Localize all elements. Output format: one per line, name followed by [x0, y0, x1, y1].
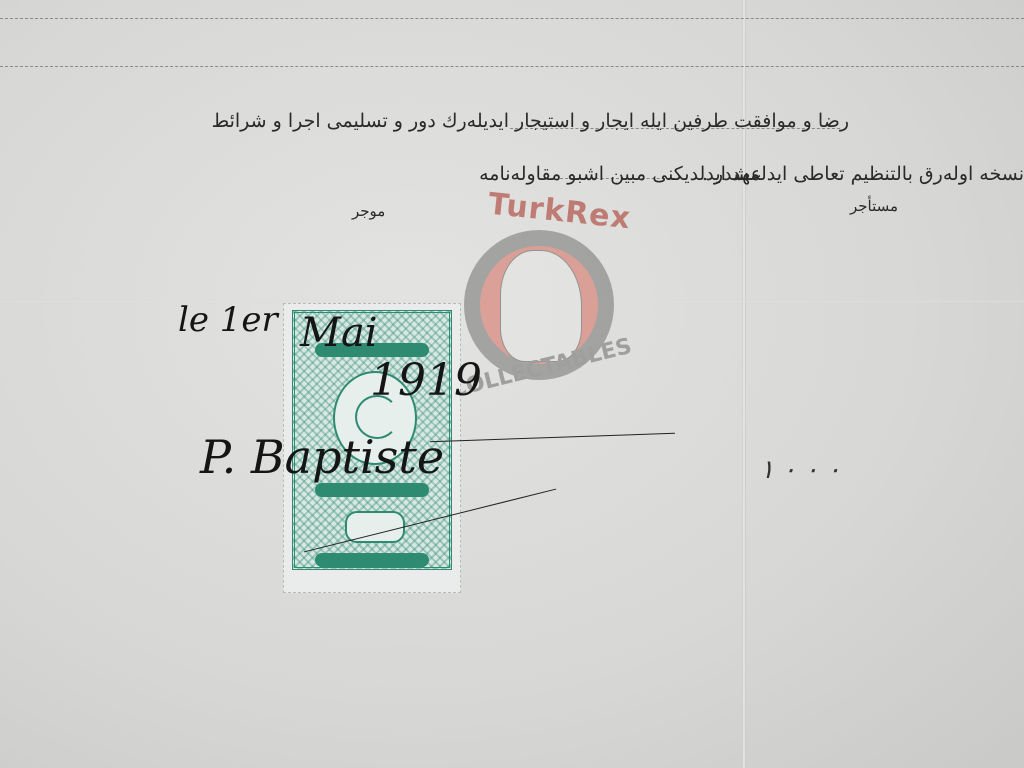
signature-stroke — [430, 433, 675, 443]
top-ruled-line — [0, 18, 1024, 19]
stamp-bottom-band — [315, 553, 429, 567]
ruled-line — [0, 66, 1024, 67]
handwritten-date-prefix: le 1er — [178, 300, 278, 340]
turkrex-watermark: TurkRex COLLECTABLES — [458, 190, 628, 390]
contract-line-2b: نسخه اولەرق بالتنظيم تعاطى ايدلمشدر . — [702, 163, 1024, 185]
handwritten-year: 1919 — [370, 355, 482, 406]
trex-icon — [500, 250, 582, 362]
handwritten-signature: P. Baptiste — [200, 430, 444, 484]
stamp-mid-band — [315, 483, 429, 497]
watermark-title: TurkRex — [487, 187, 633, 237]
lessee-label: مستأجر — [850, 197, 898, 215]
lessor-label: موجر — [352, 202, 385, 220]
handwritten-month: Mai — [300, 310, 378, 356]
faint-handwritten-marks: ۱ ۰ ۰ ۰ — [760, 455, 841, 485]
contract-line-1: رضا و موافقت طرفين ايله ايجار و استيجار … — [212, 110, 849, 132]
